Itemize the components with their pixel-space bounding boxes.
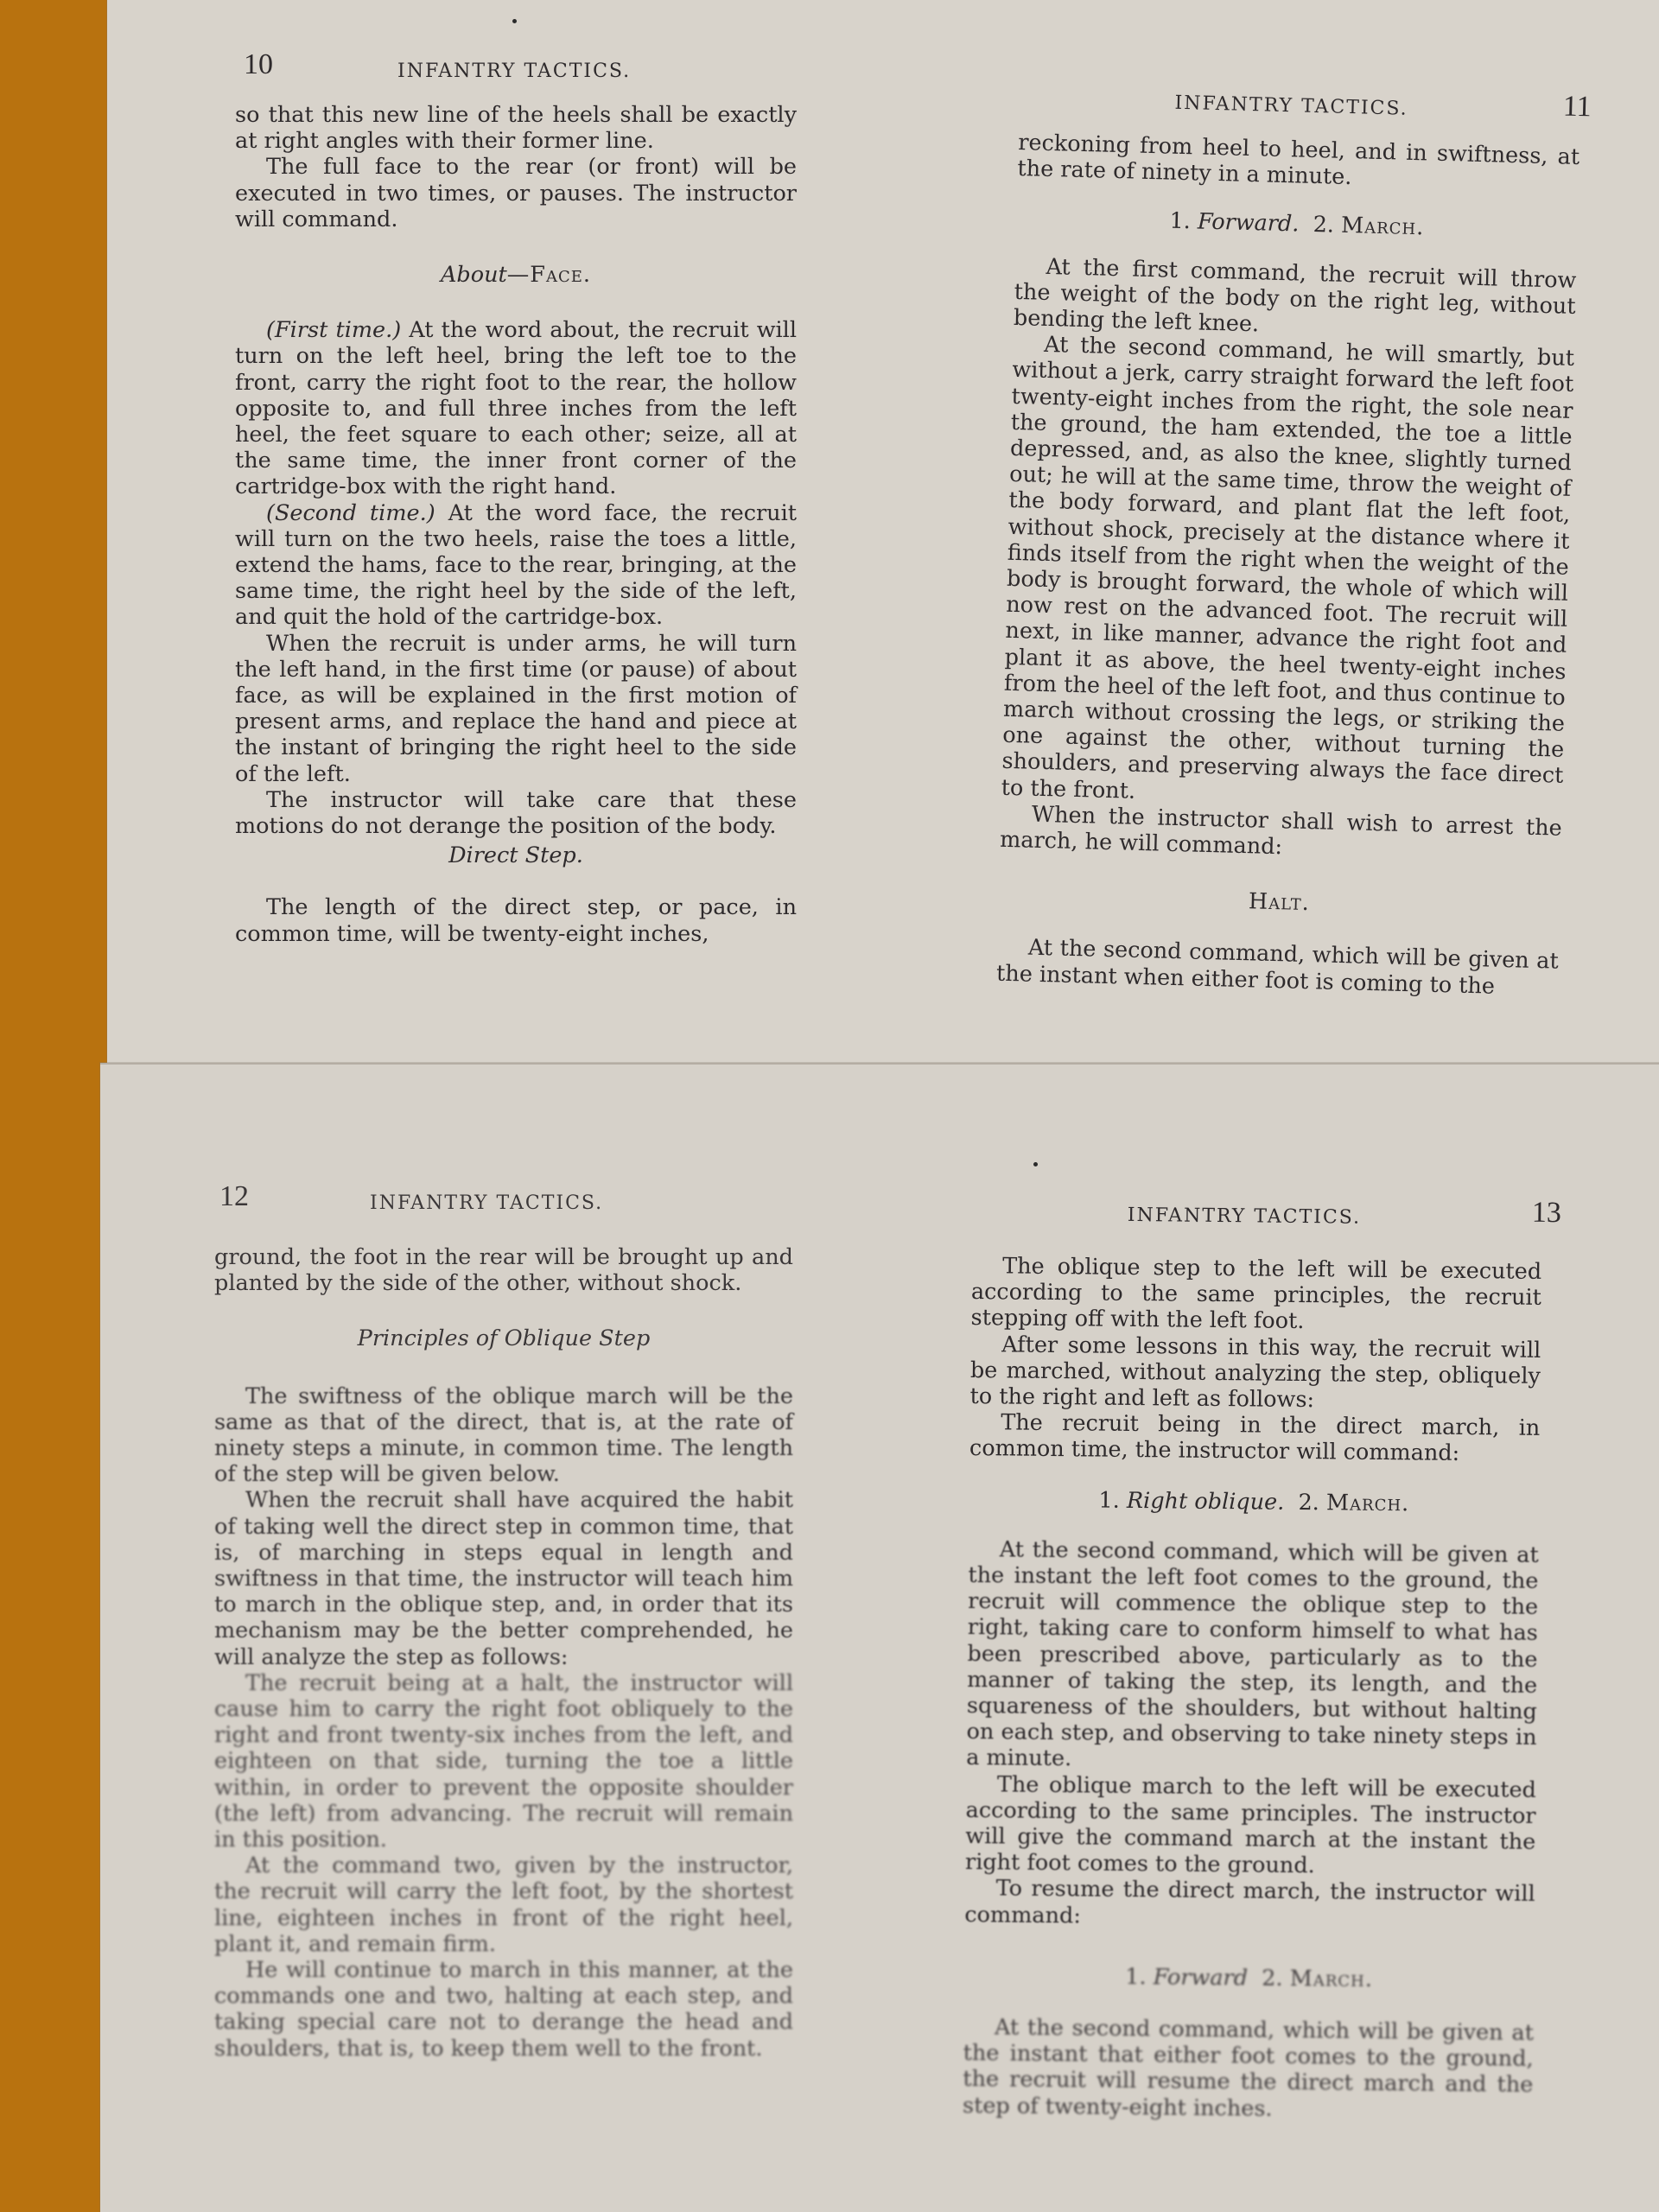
command-word: March. [1326,1490,1410,1516]
paragraph: When the recruit is under arms, he will … [235,631,797,787]
page-number: 10 [244,52,273,78]
command-word: Right oblique. [1127,1488,1285,1516]
command-word: March. [1341,213,1425,241]
command-number: 2. [1262,1965,1283,1991]
command-heading: 1. Right oblique. 2. March. [969,1486,1539,1518]
page-number: 12 [219,1184,249,1210]
paragraph: At the command two, given by the instruc… [214,1853,793,1957]
section-heading: Principles of Oblique Step [214,1325,793,1351]
paragraph: At the second command, which will be giv… [963,2014,1534,2125]
page-number: 13 [1532,1200,1561,1227]
paragraph: so that this new line of the heels shall… [235,102,797,154]
page-number: 11 [1562,93,1592,120]
running-head: INFANTRY TACTICS. 13 [971,1201,1542,1259]
paragraph: To resume the direct march, the instruct… [964,1875,1535,1933]
heading-italic: Principles of Oblique Step [358,1325,651,1351]
command-heading: 1. Forward 2. March. [963,1962,1534,1994]
section-heading: About—Face. [235,262,797,288]
paragraph: The recruit being in the direct march, i… [969,1409,1541,1467]
page-13: INFANTRY TACTICS. 13 The oblique step to… [963,1201,1542,2125]
paragraph-text: At the word about, the recruit will turn… [235,317,797,499]
command-heading: 1. Forward. 2. March. [1016,204,1579,245]
paragraph: At the second command, he will smartly, … [1001,331,1574,815]
paragraph: (First time.) At the word about, the rec… [235,317,797,499]
paragraph-label: (Second time.) [266,500,435,526]
paragraph: The recruit being at a halt, the instruc… [214,1670,793,1853]
paragraph: (Second time.) At the word face, the rec… [235,500,797,631]
speck [512,19,517,23]
heading-italic: Direct Step. [448,842,583,868]
paragraph: At the second command, which will be giv… [966,1536,1539,1777]
paragraph: He will continue to march in this manner… [214,1957,793,2062]
paragraph: The full face to the rear (or front) wil… [235,154,797,232]
command-number: 1. [1169,208,1191,235]
running-title: INFANTRY TACTICS. [1174,91,1408,123]
command-word: March. [1290,1966,1374,1993]
paragraph-label: (First time.) [266,317,401,343]
heading-command: —Face. [507,262,591,288]
paragraph: The oblique march to the left will be ex… [965,1771,1536,1882]
paragraph: The instructor will take care that these… [235,787,797,839]
command-number: 2. [1313,212,1334,238]
command-word: Forward [1154,1964,1249,1991]
paragraph: After some lessons in this way, the recr… [969,1332,1541,1416]
paragraph: The oblique step to the left will be exe… [970,1253,1541,1338]
running-title: INFANTRY TACTICS. [397,59,631,85]
command-number: 2. [1298,1490,1319,1516]
section-heading: Direct Step. [235,842,797,868]
command-number: 1. [1098,1487,1120,1513]
paragraph: ground, the foot in the rear will be bro… [214,1244,793,1296]
page-12: 12 INFANTRY TACTICS. ground, the foot in… [214,1191,793,2062]
page-overlap-edge [100,1063,1659,1065]
command-heading: Halt. [998,882,1560,923]
page-11: INFANTRY TACTICS. 11 reckoning from heel… [996,86,1581,1001]
page-10: 10 INFANTRY TACTICS. so that this new li… [235,59,797,947]
running-head: 12 INFANTRY TACTICS. [214,1191,793,1244]
speck [1033,1162,1038,1166]
command-number: 1. [1125,1964,1147,1990]
running-head: 10 INFANTRY TACTICS. [235,59,797,102]
paragraph: The length of the direct step, or pace, … [235,894,797,946]
heading-italic: About [441,262,507,288]
paragraph: When the recruit shall have acquired the… [214,1487,793,1669]
running-title: INFANTRY TACTICS. [370,1191,603,1217]
paragraph: The swiftness of the oblique march will … [214,1383,793,1488]
paragraph: At the first command, the recruit will t… [1014,253,1577,346]
command-word: Forward. [1198,209,1300,238]
running-title: INFANTRY TACTICS. [1128,1203,1361,1231]
